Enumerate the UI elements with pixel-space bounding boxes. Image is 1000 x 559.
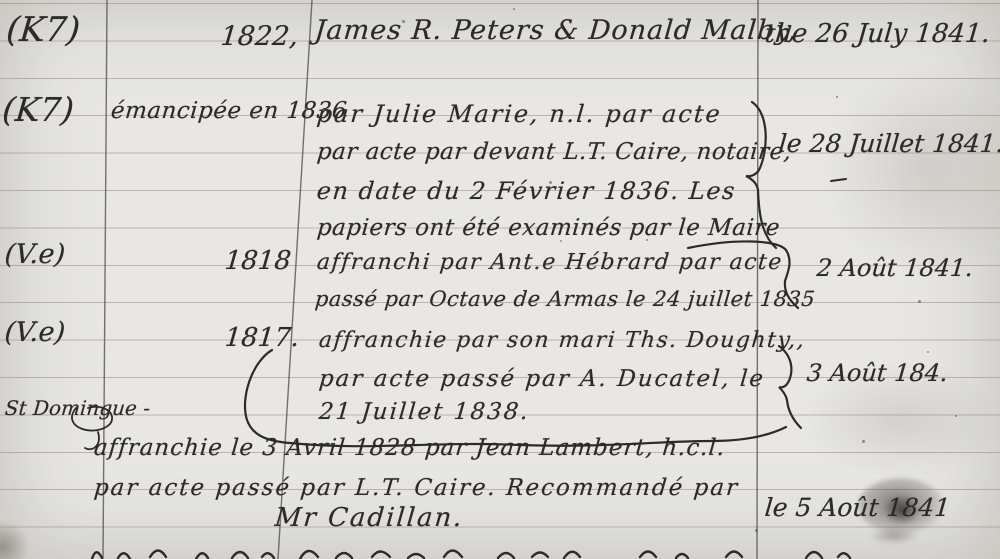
entry2-date: le 28 Juillet 1841.: [778, 130, 1000, 158]
cutoff-text-line: [92, 551, 850, 559]
dash-mark: [831, 179, 846, 181]
entry4-date: 3 Août 184.: [806, 360, 949, 386]
speck: [646, 239, 648, 241]
speck: [927, 351, 929, 353]
entry5-line: affranchie le 3 Avril 1828 par Jean Lamb…: [93, 436, 727, 461]
entry1-year: 1822,: [219, 22, 299, 52]
entry4-year: 1817.: [223, 324, 300, 353]
ledger-page: (K7) 1822, James R. Peters & Donald Malb…: [0, 0, 1000, 559]
speck: [918, 300, 921, 303]
speck: [862, 440, 865, 443]
entry5-line: Mr Cadillan.: [273, 504, 464, 533]
brace-entry4: [779, 346, 801, 428]
entry1-line: James R. Peters & Donald Malby,: [313, 16, 799, 46]
entry4-place-note: St Domingue -: [4, 397, 151, 419]
entry2-margin-note: émancipée en 1836: [110, 99, 348, 124]
entry4-margin-code: (V.e): [3, 318, 66, 348]
speck: [345, 115, 347, 117]
speck: [955, 415, 957, 417]
entry2-line: par Julie Marie, n.l. par acte: [316, 101, 723, 127]
vertical-rule-right: [757, 0, 758, 559]
ink-blot-core: [884, 496, 920, 524]
ink-smear: [870, 528, 918, 544]
entry1-margin-code: (K7): [5, 12, 82, 49]
entry2-line: papiers ont été examinés par le Maire: [316, 216, 781, 241]
speck: [549, 181, 552, 184]
entry3-year: 1818: [223, 247, 292, 276]
paper-mottle: [0, 520, 30, 559]
speck: [513, 8, 515, 10]
entry3-line: affranchi par Ant.e Hébrard par acte: [316, 251, 784, 275]
entry2-line: en date du 2 Février 1836. Les: [316, 178, 737, 204]
speck: [836, 96, 838, 98]
entry1-date: the 26 July 1841.: [763, 20, 991, 49]
entry5-line: par acte passé par L.T. Caire. Recommand…: [93, 476, 740, 501]
entry4-line: par acte passé par A. Ducatel, le: [318, 367, 766, 392]
entry4-line: 21 Juillet 1838.: [318, 400, 531, 425]
speck: [402, 20, 405, 23]
entry2-margin-code: (K7): [1, 92, 76, 128]
entry3-line: passé par Octave de Armas le 24 juillet …: [314, 288, 816, 311]
entry3-margin-code: (V.e): [3, 240, 66, 270]
speck: [560, 240, 562, 242]
entry3-date: 2 Août 1841.: [816, 255, 974, 281]
entry4-line: affranchie par son mari Ths. Doughty,,: [318, 329, 807, 353]
entry2-line: par acte par devant L.T. Caire, notaire,: [316, 140, 793, 165]
paper-mottle: [820, 60, 1000, 280]
speck: [755, 529, 758, 532]
